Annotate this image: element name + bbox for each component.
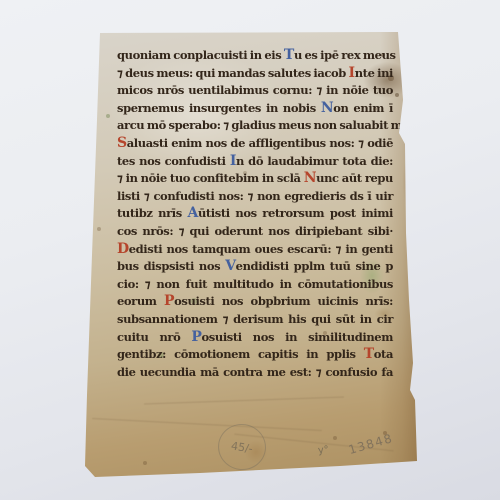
text-segment: die uecundia mā contra me est: ⁊ confusi… <box>117 365 393 379</box>
text-segment: osuisti nos obpbrium uicinis nrīs: <box>174 294 393 308</box>
photo-backdrop: quoniam conplacuisti in eis Tu es ipē re… <box>0 0 500 500</box>
manuscript-text-line: Dedisti nos tamquam oues escarū: ⁊ in ge… <box>117 241 393 259</box>
text-segment: quoniam conplacuisti in eis <box>117 48 284 62</box>
text-segment: aluasti enim nos de affligentibus nos: ⁊… <box>127 136 393 150</box>
text-segment: N <box>321 100 333 116</box>
text-segment: nte ini <box>355 66 393 80</box>
text-segment: on enim ī <box>333 101 393 115</box>
manuscript-text-line: eorum Posuisti nos obpbrium uicinis nrīs… <box>117 293 393 311</box>
manuscript-text-line: tes nos confudisti In dō laudabimur tota… <box>117 153 393 171</box>
text-segment: arcu mō sperabo: ⁊ gladius meus non salu… <box>117 118 413 132</box>
text-segment: n dō laudabimur tota die: <box>236 154 393 168</box>
manuscript-text-line: listi ⁊ confudisti nos: ⁊ non egredieris… <box>117 188 393 206</box>
manuscript-text-line: arcu mō sperabo: ⁊ gladius meus non salu… <box>117 117 393 135</box>
text-segment: D <box>117 241 129 257</box>
text-segment: tutibz nrīs <box>117 206 187 220</box>
text-segment: P <box>164 293 174 309</box>
manuscript-text-line: Saluasti enim nos de affligentibus nos: … <box>117 135 393 153</box>
text-segment: edisti nos tamquam oues escarū: ⁊ in gen… <box>129 242 393 256</box>
text-segment: endidisti pplm tuū sine p <box>236 259 393 273</box>
text-segment: subsannationem ⁊ derisum his qui sūt in … <box>117 312 393 326</box>
pencil-price-text: 45/- <box>230 439 253 455</box>
manuscript-leaf: quoniam conplacuisti in eis Tu es ipē re… <box>84 32 418 478</box>
text-segment: u es ipē rex meus <box>294 48 396 62</box>
manuscript-text-line: cos nrōs: ⁊ qui oderunt nos diripiebant … <box>117 223 393 241</box>
pencil-price-circle: 45/- <box>215 421 270 474</box>
text-segment: ⁊ in nōie tuo confitebim in sclā <box>117 171 304 185</box>
manuscript-text-line: quoniam conplacuisti in eis Tu es ipē re… <box>117 47 393 65</box>
text-segment: ota <box>374 347 393 361</box>
text-segment: spernemus insurgentes in nobis <box>117 101 321 115</box>
text-segment: T <box>284 47 294 63</box>
manuscript-text-line: micos nrōs uentilabimus cornu: ⁊ in nōie… <box>117 82 393 100</box>
text-segment: cos nrōs: ⁊ qui oderunt nos diripiebant … <box>117 224 393 238</box>
text-segment: ⁊ deus meus: qui mandas salutes iacob <box>117 66 349 80</box>
manuscript-text-line: subsannationem ⁊ derisum his qui sūt in … <box>117 311 393 329</box>
manuscript-text-line: ⁊ in nōie tuo confitebim in sclā Nunc aū… <box>117 170 393 188</box>
text-segment: V <box>225 258 235 274</box>
text-segment: tes nos confudisti <box>117 154 230 168</box>
manuscript-text-line: spernemus insurgentes in nobis Non enim … <box>117 100 393 118</box>
text-segment: listi ⁊ confudisti nos: ⁊ non egredieris… <box>117 189 393 203</box>
manuscript-text-line: gentibz: cōmotionem capitis in pplis Tot… <box>117 346 393 364</box>
text-segment: A <box>187 205 197 221</box>
text-segment: cuitu nrō <box>117 330 191 344</box>
text-segment: gentibz: cōmotionem capitis in pplis <box>117 347 364 361</box>
vellum-specks <box>84 32 86 34</box>
text-segment: P <box>191 329 201 345</box>
text-segment: micos nrōs uentilabimus cornu: ⁊ in nōie… <box>117 83 393 97</box>
manuscript-text-line: cuitu nrō Posuisti nos in similitudinem <box>117 329 393 347</box>
text-block: quoniam conplacuisti in eis Tu es ipē re… <box>117 47 393 381</box>
text-segment: eorum <box>117 294 164 308</box>
text-segment: cio: ⁊ non fuit multitudo in cōmutationi… <box>117 277 393 291</box>
text-segment: T <box>364 346 374 362</box>
vellum-crease <box>144 397 344 405</box>
text-segment: S <box>117 135 127 151</box>
manuscript-text-line: tutibz nrīs Aūtisti nos retrorsum post i… <box>117 205 393 223</box>
pencil-owner-mark: y° <box>317 444 329 456</box>
text-segment: unc aūt repu <box>316 171 393 185</box>
vellum-crease <box>92 418 322 431</box>
text-segment: N <box>304 170 316 186</box>
text-segment: bus dispsisti nos <box>117 259 225 273</box>
manuscript-text-line: cio: ⁊ non fuit multitudo in cōmutationi… <box>117 276 393 294</box>
text-segment: ūtisti nos retrorsum post inimi <box>198 206 393 220</box>
manuscript-text-line: die uecundia mā contra me est: ⁊ confusi… <box>117 364 393 382</box>
pencil-inventory-number: 13848 <box>347 431 395 457</box>
text-segment: osuisti nos in similitudinem <box>202 330 393 344</box>
manuscript-text-line: bus dispsisti nos Vendidisti pplm tuū si… <box>117 258 393 276</box>
manuscript-text-line: ⁊ deus meus: qui mandas salutes iacob In… <box>117 65 393 83</box>
